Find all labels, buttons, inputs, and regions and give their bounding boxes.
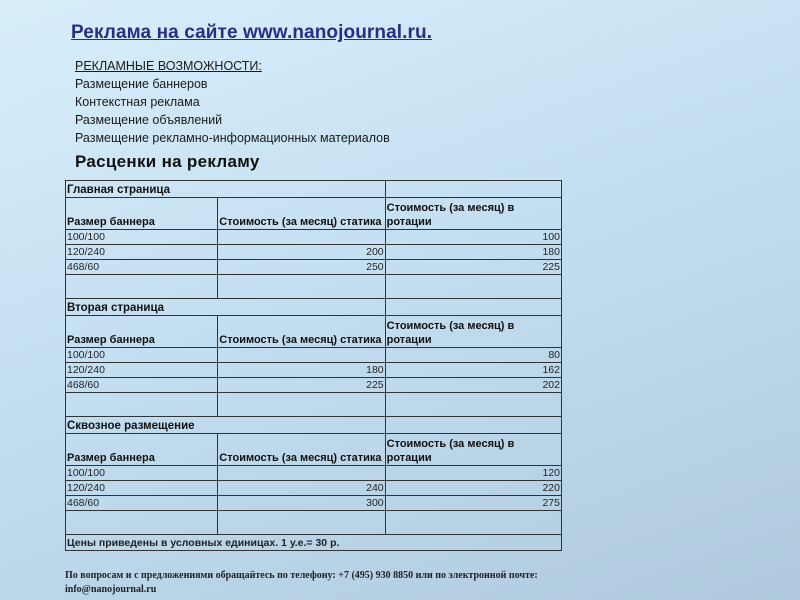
spacer-row: [66, 511, 562, 535]
table-row: 120/240 180 162: [66, 363, 562, 378]
column-header-row: Размер баннера Стоимость (за месяц) стат…: [66, 198, 562, 230]
banner-size: 468/60: [66, 260, 218, 275]
empty-cell: [385, 181, 561, 198]
column-header-static: Стоимость (за месяц) статика: [218, 316, 385, 348]
rotation-price: 220: [385, 481, 561, 496]
section-header-row: Сквозное размещение: [66, 417, 562, 434]
empty-cell: [385, 417, 561, 434]
banner-size: 120/240: [66, 245, 218, 260]
rotation-price: 275: [385, 496, 561, 511]
static-price: [218, 466, 385, 481]
advertising-options-heading: РЕКЛАМНЫЕ ВОЗМОЖНОСТИ:: [75, 57, 390, 75]
feature-item: Контекстная реклама: [75, 93, 390, 111]
column-header-size: Размер баннера: [66, 316, 218, 348]
contact-text: По вопросам и с предложениями обращайтес…: [65, 569, 625, 583]
section-title: Вторая страница: [66, 299, 386, 316]
banner-size: 100/100: [66, 466, 218, 481]
contact-email[interactable]: info@nanojournal.ru: [65, 583, 625, 597]
static-price: 240: [218, 481, 385, 496]
static-price: 200: [218, 245, 385, 260]
feature-item: Размещение объявлений: [75, 111, 390, 129]
section-header-row: Главная страница: [66, 181, 562, 198]
table-row: 120/240 240 220: [66, 481, 562, 496]
rotation-price: 162: [385, 363, 561, 378]
column-header-static: Стоимость (за месяц) статика: [218, 434, 385, 466]
banner-size: 468/60: [66, 378, 218, 393]
rotation-price: 225: [385, 260, 561, 275]
feature-item: Размещение рекламно-информационных матер…: [75, 129, 390, 147]
table-row: 100/100 80: [66, 348, 562, 363]
page-title[interactable]: Реклама на сайте www.nanojournal.ru.: [71, 22, 432, 44]
column-header-row: Размер баннера Стоимость (за месяц) стат…: [66, 434, 562, 466]
banner-size: 100/100: [66, 230, 218, 245]
static-price: [218, 230, 385, 245]
column-header-rotation: Стоимость (за месяц) в ротации: [385, 434, 561, 466]
empty-cell: [66, 511, 218, 535]
table-row: 120/240 200 180: [66, 245, 562, 260]
advertising-options: РЕКЛАМНЫЕ ВОЗМОЖНОСТИ: Размещение баннер…: [75, 57, 390, 147]
empty-cell: [66, 393, 218, 417]
column-header-rotation: Стоимость (за месяц) в ротации: [385, 198, 561, 230]
empty-cell: [385, 275, 561, 299]
static-price: 300: [218, 496, 385, 511]
empty-cell: [385, 393, 561, 417]
table-row: 468/60 300 275: [66, 496, 562, 511]
price-table: Главная страница Размер баннера Стоимост…: [65, 180, 562, 551]
banner-size: 100/100: [66, 348, 218, 363]
rotation-price: 100: [385, 230, 561, 245]
note-row: Цены приведены в условных единицах. 1 у.…: [66, 535, 562, 551]
pricing-title: Расценки на рекламу: [75, 152, 260, 172]
empty-cell: [218, 511, 385, 535]
section-title: Сквозное размещение: [66, 417, 386, 434]
table-row: 468/60 250 225: [66, 260, 562, 275]
empty-cell: [385, 511, 561, 535]
empty-cell: [385, 299, 561, 316]
rotation-price: 202: [385, 378, 561, 393]
feature-item: Размещение баннеров: [75, 75, 390, 93]
section-title: Главная страница: [66, 181, 386, 198]
rotation-price: 80: [385, 348, 561, 363]
empty-cell: [218, 393, 385, 417]
spacer-row: [66, 393, 562, 417]
column-header-size: Размер баннера: [66, 434, 218, 466]
banner-size: 120/240: [66, 363, 218, 378]
column-header-rotation: Стоимость (за месяц) в ротации: [385, 316, 561, 348]
table-row: 468/60 225 202: [66, 378, 562, 393]
table-row: 100/100 100: [66, 230, 562, 245]
rotation-price: 120: [385, 466, 561, 481]
column-header-static: Стоимость (за месяц) статика: [218, 198, 385, 230]
rotation-price: 180: [385, 245, 561, 260]
column-header-size: Размер баннера: [66, 198, 218, 230]
section-header-row: Вторая страница: [66, 299, 562, 316]
static-price: 180: [218, 363, 385, 378]
contact-info: По вопросам и с предложениями обращайтес…: [65, 569, 625, 597]
static-price: 225: [218, 378, 385, 393]
empty-cell: [218, 275, 385, 299]
spacer-row: [66, 275, 562, 299]
currency-note: Цены приведены в условных единицах. 1 у.…: [66, 535, 562, 551]
banner-size: 120/240: [66, 481, 218, 496]
static-price: 250: [218, 260, 385, 275]
static-price: [218, 348, 385, 363]
banner-size: 468/60: [66, 496, 218, 511]
table-row: 100/100 120: [66, 466, 562, 481]
empty-cell: [66, 275, 218, 299]
column-header-row: Размер баннера Стоимость (за месяц) стат…: [66, 316, 562, 348]
